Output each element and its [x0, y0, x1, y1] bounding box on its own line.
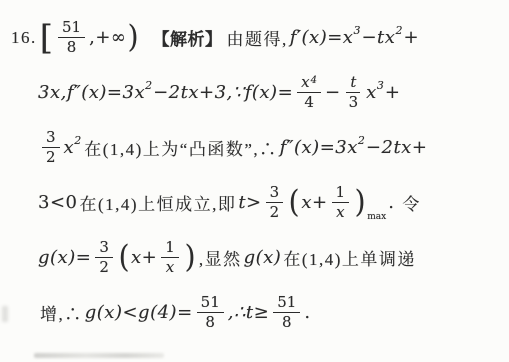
superscript: 2	[74, 134, 81, 147]
period: .	[388, 192, 394, 213]
numerator: 51	[58, 19, 85, 38]
fraction: 518	[273, 294, 300, 332]
math-text: −tx	[361, 27, 395, 48]
numerator: 3	[95, 239, 113, 258]
numerator: 3	[266, 184, 284, 203]
answer-fraction: 518	[58, 19, 85, 57]
math-text: f′(x)=x	[290, 27, 354, 48]
math-text: g(x)	[244, 247, 282, 268]
fraction: 1x	[161, 239, 179, 277]
solution-line-1: 16. [ 518 ,+∞ ) 【解析】 由题得, f′(x)=x3−tx2+	[0, 10, 509, 65]
close-paren: )	[184, 242, 195, 273]
fraction: t3	[345, 74, 363, 112]
scanned-solution-page: 16. [ 518 ,+∞ ) 【解析】 由题得, f′(x)=x3−tx2+ …	[0, 0, 509, 362]
denominator: 4	[300, 93, 318, 111]
denominator: x	[332, 203, 348, 221]
superscript: 3	[353, 24, 360, 37]
numerator: 51	[273, 294, 300, 313]
math-text: f″(x)=3x	[280, 137, 358, 158]
solution-line-5: g(x)= 32 ( x+ 1x ) ,显然 g(x) 在(1,4)上单调递	[0, 230, 509, 285]
math-text: g(x)<g(4)=	[85, 302, 193, 323]
denominator: 8	[201, 313, 219, 331]
open-paren: (	[118, 242, 129, 273]
fraction: 518	[197, 294, 224, 332]
solution-line-6: 增,∴ g(x)<g(4)= 518 ,∴t≥ 518 .	[0, 285, 509, 340]
cjk-text: 增,∴	[40, 300, 83, 325]
cjk-text: 在(1,4)上为“凸函数”,∴	[84, 135, 277, 160]
math-text: x+	[301, 192, 327, 213]
solution-line-3: 32 x2 在(1,4)上为“凸函数”,∴ f″(x)=3x2−2tx+	[0, 120, 509, 175]
superscript: 2	[358, 134, 365, 147]
variable: x	[301, 73, 309, 91]
numerator: 1	[161, 239, 179, 258]
cjk-text: 在(1,4)上恒成立,即	[80, 190, 237, 215]
math-text: −2tx+3,∵f(x)=	[153, 82, 293, 103]
math-text: t>	[238, 192, 261, 213]
math-text: +	[385, 82, 401, 103]
denominator: x	[162, 258, 178, 276]
fraction: x44	[297, 74, 321, 112]
superscript: 3	[377, 79, 384, 92]
solution-line-4: 3<0 在(1,4)上恒成立,即 t> 32 ( x+ 1x ) max . 令	[0, 175, 509, 230]
fraction: 1x	[332, 184, 350, 222]
math-text: 3x,f″(x)=3x	[38, 82, 145, 103]
scan-artifact	[2, 306, 8, 322]
cjk-text: 令	[402, 190, 421, 215]
math-text: ,∴t≥	[228, 302, 270, 323]
math-text: x	[64, 137, 75, 158]
fraction: 32	[95, 239, 113, 277]
math-text: 3<0	[38, 192, 78, 213]
open-paren: (	[289, 187, 300, 218]
denominator: 2	[95, 258, 113, 276]
numerator: t	[346, 74, 360, 93]
open-bracket: [	[40, 21, 53, 55]
math-text: x+	[131, 247, 157, 268]
denominator: 3	[345, 93, 363, 111]
numerator: 51	[197, 294, 224, 313]
math-text: −	[325, 82, 341, 103]
numerator: x4	[297, 74, 321, 93]
scan-artifact	[34, 353, 164, 358]
period: .	[304, 302, 310, 323]
cjk-text: 在(1,4)上单调递	[283, 245, 416, 270]
superscript: 2	[395, 24, 402, 37]
numerator: 3	[42, 129, 60, 148]
superscript: 4	[311, 75, 317, 86]
denominator: 2	[266, 203, 284, 221]
fraction: 32	[266, 184, 284, 222]
close-paren: )	[355, 187, 366, 218]
answer-rest: ,+∞	[89, 27, 126, 48]
cjk-text: ,显然	[199, 245, 242, 270]
math-text: +	[403, 27, 419, 48]
max-subscript: max	[367, 212, 386, 222]
denominator: 8	[278, 313, 296, 331]
lead-text: 由题得,	[227, 25, 288, 50]
denominator: 8	[63, 38, 81, 56]
close-paren: )	[128, 22, 139, 53]
problem-number: 16.	[11, 28, 37, 48]
math-text: −2tx+	[366, 137, 428, 158]
fraction: 32	[42, 129, 60, 167]
numerator: 1	[332, 184, 350, 203]
math-text: x	[366, 82, 377, 103]
solution-tag: 【解析】	[153, 25, 223, 50]
denominator: 2	[42, 148, 60, 166]
solution-line-2: 3x,f″(x)=3x2−2tx+3,∵f(x)= x44 − t3 x3+	[0, 65, 509, 120]
math-text: g(x)=	[38, 247, 91, 268]
superscript: 2	[145, 79, 152, 92]
